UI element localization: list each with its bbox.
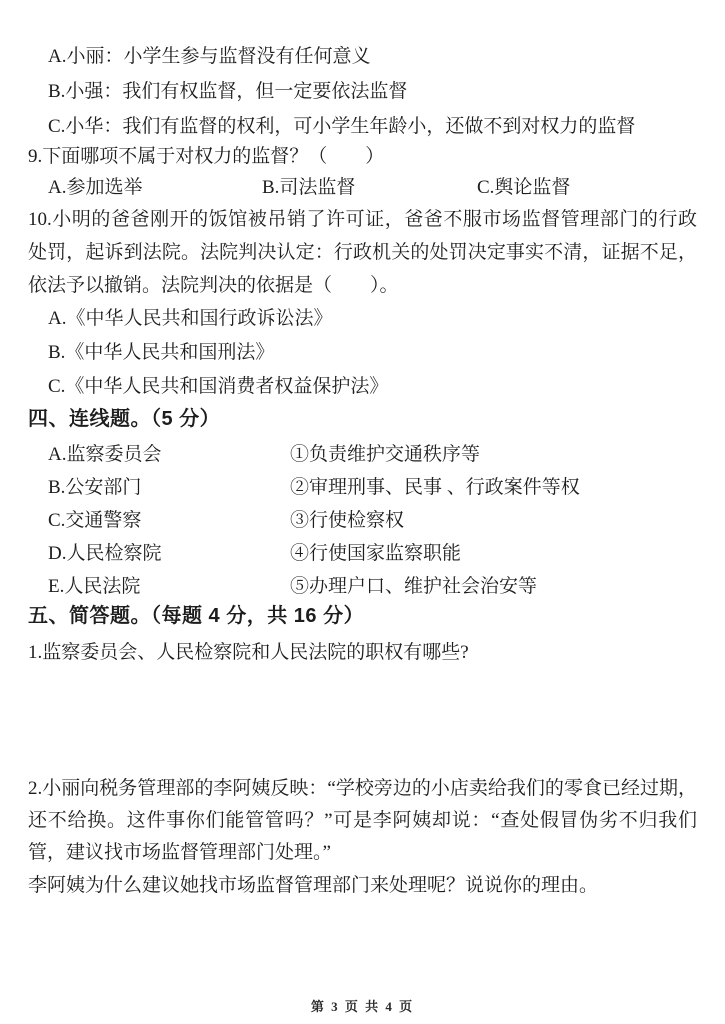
option-line: A.《中华人民共和国行政诉讼法》	[28, 302, 697, 336]
match-row: B.公安部门 ②审理刑事、民事 、行政案件等权	[48, 471, 697, 504]
match-left: A.监察委员会	[48, 438, 290, 471]
exam-page-3: A.小丽：小学生参与监督没有任何意义 B.小强：我们有权监督，但一定要依法监督 …	[0, 0, 725, 1024]
section-5-q1: 1.监察委员会、人民检察院和人民法院的职权有哪些?	[28, 635, 697, 670]
option-b: B.司法监督	[262, 170, 477, 205]
match-left: C.交通警察	[48, 504, 290, 537]
match-row: D.人民检察院 ④行使国家监察职能	[48, 537, 697, 570]
option-line: C.《中华人民共和国消费者权益保护法》	[28, 370, 697, 404]
section-5-q2: 2.小丽向税务管理部的李阿姨反映：“学校旁边的小店卖给我们的零食已经过期，还不给…	[28, 773, 697, 869]
match-right: ②审理刑事、民事 、行政案件等权	[290, 471, 697, 504]
question-8-options: A.小丽：小学生参与监督没有任何意义 B.小强：我们有权监督，但一定要依法监督 …	[28, 39, 697, 144]
section-5-q2-prompt: 李阿姨为什么建议她找市场监督管理部门来处理呢？说说你的理由。	[28, 868, 697, 903]
option-line: B.《中华人民共和国刑法》	[28, 336, 697, 370]
page-number-footer: 第 3 页 共 4 页	[0, 996, 725, 1015]
match-right: ④行使国家监察职能	[290, 537, 697, 570]
section-4-heading: 四、连线题。（5 分）	[28, 402, 697, 437]
question-9-stem: 9.下面哪项不属于对权力的监督？（ ）	[28, 139, 697, 174]
match-row: A.监察委员会 ①负责维护交通秩序等	[48, 438, 697, 471]
match-right: ③行使检察权	[290, 504, 697, 537]
option-a: A.参加选举	[48, 170, 262, 205]
match-row: C.交通警察 ③行使检察权	[48, 504, 697, 537]
option-line: A.小丽：小学生参与监督没有任何意义	[28, 39, 697, 74]
question-10-stem: 10.小明的爸爸刚开的饭馆被吊销了许可证，爸爸不服市场监督管理部门的行政处罚，起…	[28, 203, 697, 302]
match-right: ①负责维护交通秩序等	[290, 438, 697, 471]
section-4-matching: A.监察委员会 ①负责维护交通秩序等 B.公安部门 ②审理刑事、民事 、行政案件…	[28, 438, 697, 603]
question-10-options: A.《中华人民共和国行政诉讼法》 B.《中华人民共和国刑法》 C.《中华人民共和…	[28, 302, 697, 404]
match-left: D.人民检察院	[48, 537, 290, 570]
match-left: B.公安部门	[48, 471, 290, 504]
section-5-heading: 五、简答题。（每题 4 分，共 16 分）	[28, 599, 697, 634]
option-line: B.小强：我们有权监督，但一定要依法监督	[28, 74, 697, 109]
question-9-options: A.参加选举 B.司法监督 C.舆论监督	[28, 170, 697, 205]
option-c: C.舆论监督	[477, 170, 697, 205]
